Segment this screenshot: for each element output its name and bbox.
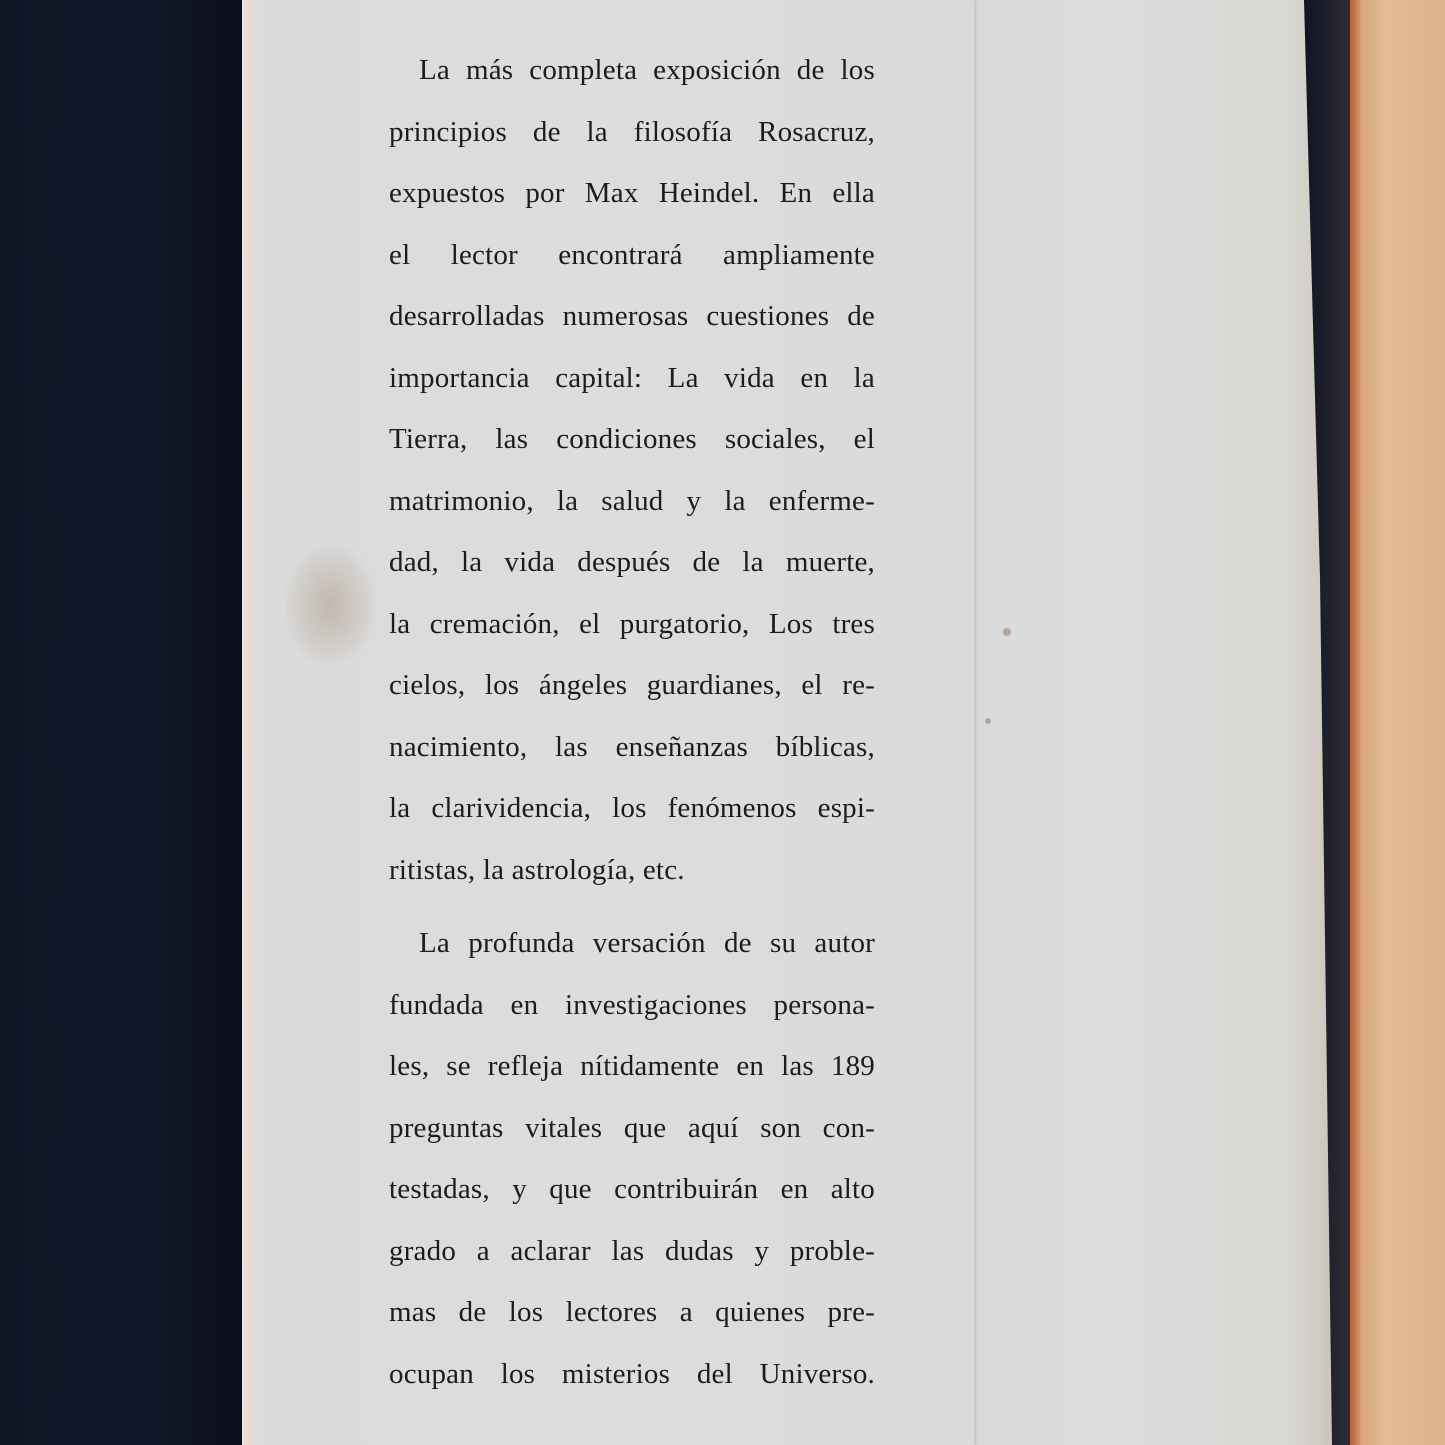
text-line: La profunda versación de su autor (389, 913, 875, 975)
text-line: matrimonio, la salud y la enferme- (389, 471, 875, 533)
text-line: desarrolladas numerosas cuestiones de (389, 286, 875, 348)
text-line: preguntas vitales que aquí son con- (389, 1098, 875, 1160)
text-line: la cremación, el purgatorio, Los tres (389, 594, 875, 656)
text-line: ritistas, la astrología, etc. (389, 840, 875, 902)
text-line: importancia capital: La vida en la (389, 348, 875, 410)
flap-text: La más completa exposición de los princi… (389, 40, 875, 1405)
paragraph-2: La profunda versación de su autor fundad… (389, 913, 875, 1405)
text-line: fundada en investigaciones persona- (389, 975, 875, 1037)
text-line: nacimiento, las enseñanzas bíblicas, (389, 717, 875, 779)
foxing-spot (1003, 628, 1011, 636)
text-line: dad, la vida después de la muerte, (389, 532, 875, 594)
text-line: Tierra, las condiciones sociales, el (389, 409, 875, 471)
text-line: principios de la filosofía Rosacruz, (389, 102, 875, 164)
text-line: La más completa exposición de los (389, 40, 875, 102)
back-page-shadow (1300, 0, 1360, 1445)
text-line: les, se refleja nítidamente en las 189 (389, 1036, 875, 1098)
text-line: la clarividencia, los fenómenos espi- (389, 778, 875, 840)
dark-background (0, 0, 245, 1445)
text-line: grado a aclarar las dudas y proble- (389, 1221, 875, 1283)
book-cover-edge (1350, 0, 1445, 1445)
text-line: expuestos por Max Heindel. En ella (389, 163, 875, 225)
text-line: mas de los lectores a quienes pre- (389, 1282, 875, 1344)
text-line: el lector encontrará ampliamente (389, 225, 875, 287)
paper-stain (285, 545, 375, 665)
text-line: cielos, los ángeles guardianes, el re- (389, 655, 875, 717)
text-line: testadas, y que contribuirán en alto (389, 1159, 875, 1221)
photo-scene: La más completa exposición de los princi… (0, 0, 1445, 1445)
foxing-spot (985, 718, 991, 724)
paragraph-1: La más completa exposición de los princi… (389, 40, 875, 901)
text-line: ocupan los misterios del Universo. (389, 1344, 875, 1406)
